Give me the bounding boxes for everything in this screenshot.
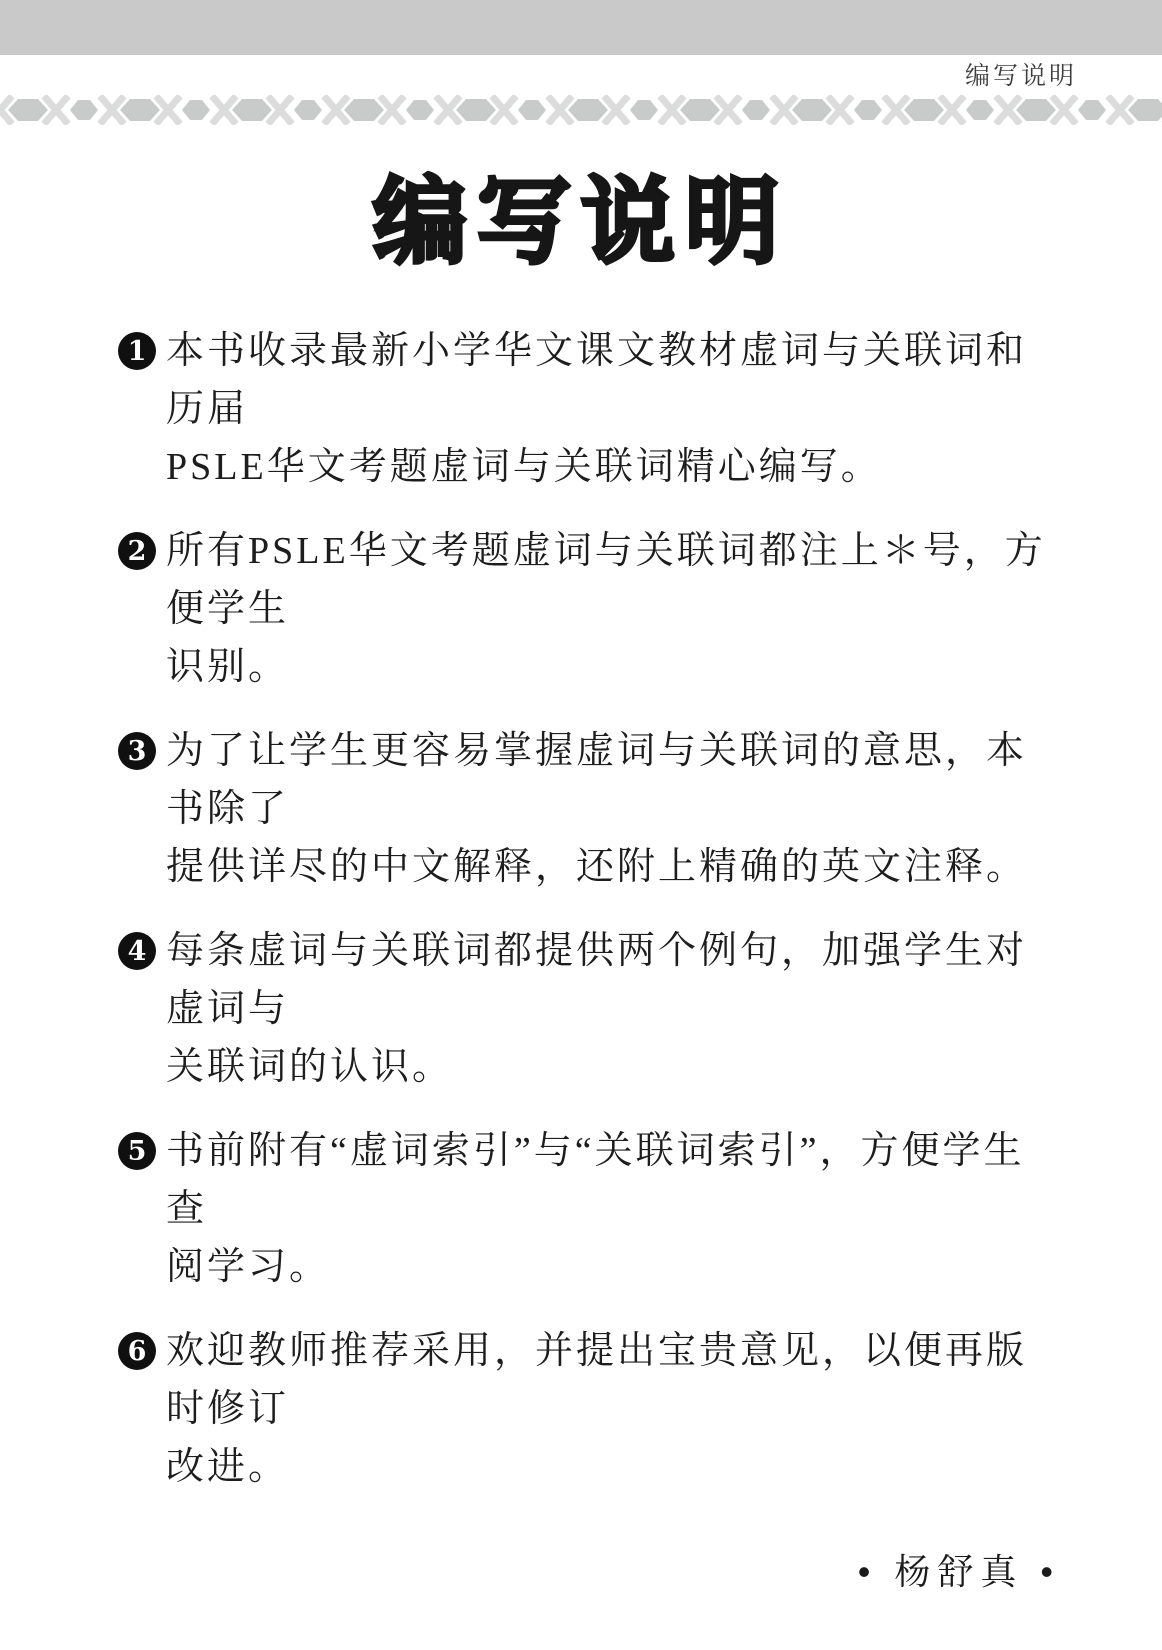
note-line: 阅学习。 xyxy=(166,1238,1062,1296)
note-line: 书前附有“虚词索引”与“关联词索引”，方便学生查 xyxy=(166,1122,1062,1238)
note-text: 书前附有“虚词索引”与“关联词索引”，方便学生查 阅学习。 xyxy=(166,1122,1062,1296)
note-item-6: 6 欢迎教师推荐采用，并提出宝贵意见，以便再版时修订 改进。 xyxy=(118,1322,1062,1496)
note-line: 识别。 xyxy=(166,638,1062,696)
page-title: 编写说明 xyxy=(0,168,1162,278)
note-line: 每条虚词与关联词都提供两个例句，加强学生对虚词与 xyxy=(166,922,1062,1038)
note-text: 本书收录最新小学华文课文教材虚词与关联词和历届 PSLE华文考题虚词与关联词精心… xyxy=(166,322,1062,496)
running-header: 编写说明 xyxy=(965,56,1077,92)
note-text: 所有PSLE华文考题虚词与关联词都注上＊号，方便学生 识别。 xyxy=(166,522,1062,696)
note-line: 本书收录最新小学华文课文教材虚词与关联词和历届 xyxy=(166,322,1062,438)
note-line: 提供详尽的中文解释，还附上精确的英文注释。 xyxy=(166,838,1062,896)
note-line: 为了让学生更容易掌握虚词与关联词的意思，本书除了 xyxy=(166,722,1062,838)
note-line: 所有PSLE华文考题虚词与关联词都注上＊号，方便学生 xyxy=(166,522,1062,638)
item-number-badge: 4 xyxy=(118,932,156,970)
notes-list: 1 本书收录最新小学华文课文教材虚词与关联词和历届 PSLE华文考题虚词与关联词… xyxy=(118,322,1062,1595)
item-number-badge: 1 xyxy=(118,332,156,370)
note-item-4: 4 每条虚词与关联词都提供两个例句，加强学生对虚词与 关联词的认识。 xyxy=(118,922,1062,1096)
note-item-5: 5 书前附有“虚词索引”与“关联词索引”，方便学生查 阅学习。 xyxy=(118,1122,1062,1296)
note-line: 改进。 xyxy=(166,1438,1062,1496)
note-line: PSLE华文考题虚词与关联词精心编写。 xyxy=(166,438,1062,496)
chain-pattern-graphic xyxy=(0,95,1162,125)
item-number-badge: 2 xyxy=(118,532,156,570)
note-line: 关联词的认识。 xyxy=(166,1038,1062,1096)
item-number-badge: 5 xyxy=(118,1132,156,1170)
item-number-badge: 3 xyxy=(118,732,156,770)
note-text: 欢迎教师推荐采用，并提出宝贵意见，以便再版时修订 改进。 xyxy=(166,1322,1062,1496)
item-number-badge: 6 xyxy=(118,1332,156,1370)
note-item-3: 3 为了让学生更容易掌握虚词与关联词的意思，本书除了 提供详尽的中文解释，还附上… xyxy=(118,722,1062,896)
decorative-chain-border xyxy=(0,95,1162,125)
note-text: 为了让学生更容易掌握虚词与关联词的意思，本书除了 提供详尽的中文解释，还附上精确… xyxy=(166,722,1062,896)
note-item-2: 2 所有PSLE华文考题虚词与关联词都注上＊号，方便学生 识别。 xyxy=(118,522,1062,696)
page-top-scan-bar xyxy=(0,0,1162,55)
note-item-1: 1 本书收录最新小学华文课文教材虚词与关联词和历届 PSLE华文考题虚词与关联词… xyxy=(118,322,1062,496)
note-line: 欢迎教师推荐采用，并提出宝贵意见，以便再版时修订 xyxy=(166,1322,1062,1438)
author-signature: • 杨舒真 • xyxy=(118,1544,1062,1595)
note-text: 每条虚词与关联词都提供两个例句，加强学生对虚词与 关联词的认识。 xyxy=(166,922,1062,1096)
